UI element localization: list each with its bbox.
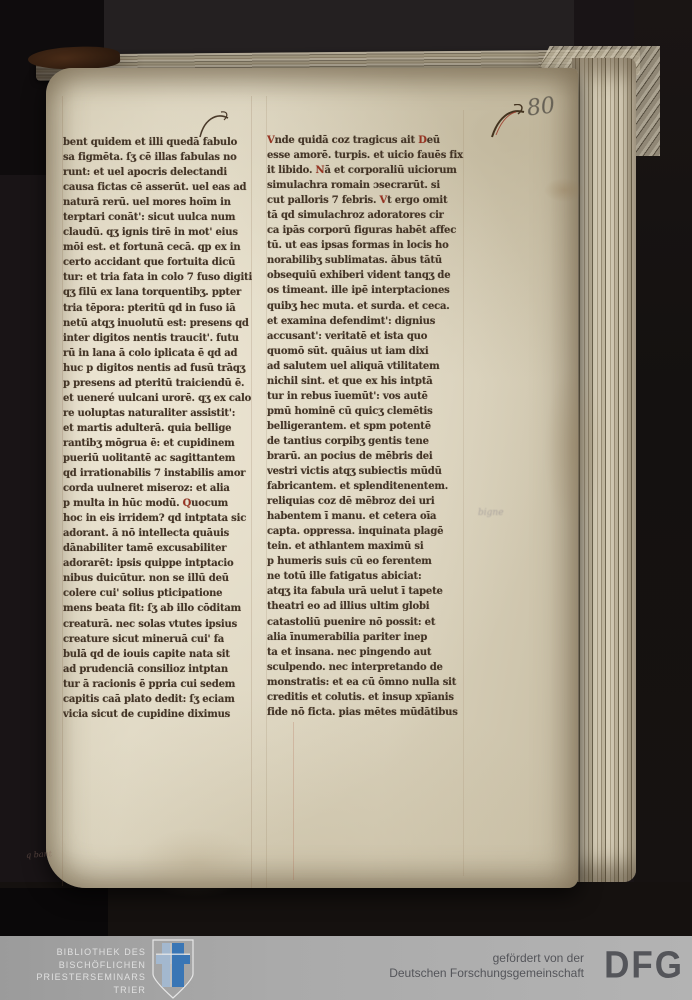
- pen-flourish-icon: [486, 104, 528, 138]
- manuscript-line: catastoliū puenire nō possit: et: [267, 615, 465, 630]
- manuscript-line: naturā rerū. uel mores hoīm in: [63, 195, 252, 210]
- manuscript-line: adorant. ā nō intellecta quāuis: [63, 526, 252, 541]
- manuscript-line: vicia sicut de cupidine diximus: [63, 707, 252, 722]
- funding-credit-line1: gefördert von der: [389, 951, 584, 966]
- manuscript-line: de tantius corpibʒ gentis tene: [267, 434, 465, 449]
- manuscript-line: vestri victis atqʒ subiectis mūdū: [267, 464, 465, 479]
- folio-number: 80: [526, 93, 557, 121]
- manuscript-line: fide nō ficta. pias mētes mūdātibus: [267, 705, 465, 720]
- manuscript-line: nibus duicūtur. non se illū deū: [63, 571, 252, 586]
- manuscript-line: colere cui' solius pticipatione: [63, 586, 252, 601]
- manuscript-line: brarū. an pocius de mēbris dei: [267, 449, 465, 464]
- footer-band: BIBLIOTHEK DES BISCHÖFLICHEN PRIESTERSEM…: [0, 936, 692, 1000]
- manuscript-line: accusant': veritatē et ista quo: [267, 329, 465, 344]
- manuscript-line: capta. oppressa. inquinata plagē: [267, 524, 465, 539]
- manuscript-line: pmū hominē cū quicʒ clemētis: [267, 404, 465, 419]
- library-name-line1: BIBLIOTHEK DES: [6, 946, 146, 959]
- manuscript-line: tria tēpora: pteritū qd in fuso iā: [63, 301, 252, 316]
- manuscript-line: dānabiliter tamē excusabiliter: [63, 541, 252, 556]
- manuscript-line: Vnde quidā coz tragicus ait Deū: [267, 133, 465, 148]
- corner-pencil-note: q bant: [26, 849, 52, 860]
- manuscript-line: tein. et athlantem maximū si: [267, 539, 465, 554]
- funding-credit-line2: Deutschen Forschungsgemeinschaft: [389, 966, 584, 981]
- manuscript-line: claudū. qʒ ignis tirē in mot' eius: [63, 225, 252, 240]
- manuscript-line: habentem ī manu. et cetera oīa: [267, 509, 465, 524]
- manuscript-line: causa fictas cē asserūt. uel eas ad: [63, 180, 252, 195]
- manuscript-line: et ueneré uulcani urorē. qʒ ex calo: [63, 391, 252, 406]
- dfg-logo: DFG: [604, 944, 684, 987]
- manuscript-line: p humeris suis cū eo ferentem: [267, 554, 465, 569]
- manuscript-line: tur ā racionis ē ppria cui sedem: [63, 677, 252, 692]
- text-column-right: Vnde quidā coz tragicus ait Deūesse amor…: [267, 133, 465, 720]
- manuscript-line: quibʒ hec muta. et surda. et ceca.: [267, 299, 465, 314]
- manuscript-line: creature sicut mineruā cui' fa: [63, 632, 252, 647]
- manuscript-line: ad prudenciā consilioz intptan: [63, 662, 252, 677]
- manuscript-line: inter digitos nentis traucit'. futu: [63, 331, 252, 346]
- manuscript-line: qd irrationabilis 7 instabilis amor: [63, 466, 252, 481]
- manuscript-line: corda uulneret miseroz: et alia: [63, 481, 252, 496]
- manuscript-line: belligerantem. et spm potentē: [267, 419, 465, 434]
- manuscript-line: tā qd simulachroz adoratores cir: [267, 208, 465, 223]
- ruling-line-red: [293, 722, 294, 880]
- parchment-stain: [544, 368, 604, 528]
- manuscript-line: creditis et colutis. et insup xpīanis: [267, 690, 465, 705]
- manuscript-line: cut palloris 7 febris. Vt ergo omit: [267, 193, 465, 208]
- library-name: BIBLIOTHEK DES BISCHÖFLICHEN PRIESTERSEM…: [6, 946, 146, 996]
- manuscript-line: simulachra romain ɔsecrarūt. si: [267, 178, 465, 193]
- manuscript-line: creaturā. nec solas vtutes ipsius: [63, 617, 252, 632]
- manuscript-line: pueriū uolitantē ac sagittantem: [63, 451, 252, 466]
- manuscript-line: tū. ut eas ipsas formas in locis ho: [267, 238, 465, 253]
- manuscript-line: p presens ad pteritū traiciendū ē.: [63, 376, 252, 391]
- manuscript-line: p multa in hūc modū. Quocum: [63, 496, 252, 511]
- library-name-line3: PRIESTERSEMINARS TRIER: [6, 971, 146, 996]
- funding-credit: gefördert von der Deutschen Forschungsge…: [389, 951, 584, 980]
- manuscript-line: terptari conāt': sicut uulca num: [63, 210, 252, 225]
- manuscript-line: adorarēt: ipsis quippe intptacio: [63, 556, 252, 571]
- manuscript-line: esse amorē. turpis. et uicio fauēs fix: [267, 148, 465, 163]
- manuscript-line: ad salutem uel aliquā vtilitatem: [267, 359, 465, 374]
- manuscript-line: sculpendo. nec interpretando de: [267, 660, 465, 675]
- manuscript-line: mens beata fit: ſʒ ab illo cōditam: [63, 601, 252, 616]
- manuscript-line: alia īnumerabilia pariter inep: [267, 630, 465, 645]
- marginal-pencil-note: bigne: [478, 508, 504, 518]
- manuscript-line: ca ipās corporū figuras habēt affec: [267, 223, 465, 238]
- manuscript-line: ne totū ille fatigatus abiciat:: [267, 569, 465, 584]
- manuscript-line: hoc in eis irridem? qd intptata sic: [63, 511, 252, 526]
- manuscript-line: rū in lana ā colo iplicata ē qd ad: [63, 346, 252, 361]
- manuscript-line: ta et insana. nec pingendo aut: [267, 645, 465, 660]
- manuscript-line: obsequiū exhiberi vident tanqʒ de: [267, 268, 465, 283]
- manuscript-line: huc p digitos nentis ad fusū trāqʒ: [63, 361, 252, 376]
- manuscript-line: certo accidant que fortuita dicū: [63, 255, 252, 270]
- manuscript-line: runt: et uel apocris delectandi: [63, 165, 252, 180]
- text-column-left: bent quidem et illi quedā fabulosa figmē…: [63, 135, 252, 722]
- manuscript-line: mōi est. et fortunā cecā. qp ex in: [63, 240, 252, 255]
- manuscript-line: qʒ filū ex lana torquentibʒ. ppter: [63, 285, 252, 300]
- parchment-stain: [136, 828, 256, 898]
- manuscript-line: reliquias coz dē mēbroz dei uri: [267, 494, 465, 509]
- manuscript-line: tur in rebus īuemūt': vos autē: [267, 389, 465, 404]
- manuscript-line: theatri eo ad illius ultim globi: [267, 599, 465, 614]
- manuscript-line: nichil sint. et que ex his intptā: [267, 374, 465, 389]
- library-name-line2: BISCHÖFLICHEN: [6, 959, 146, 972]
- digitized-manuscript-scan: bent quidem et illi quedā fabulosa figmē…: [0, 0, 692, 1000]
- manuscript-line: monstratis: et ea cū ōmno nulla sit: [267, 675, 465, 690]
- manuscript-line: rantibʒ mōgrua ē: et cupidinem: [63, 436, 252, 451]
- manuscript-line: quomō sūt. quāius ut iam dixi: [267, 344, 465, 359]
- manuscript-line: atqʒ ita fabula urā uelut ī tapete: [267, 584, 465, 599]
- manuscript-line: bulā qd de iouis capite nata sit: [63, 647, 252, 662]
- manuscript-line: sa figmēta. ſʒ cē illas fabulas no: [63, 150, 252, 165]
- manuscript-line: re uoluptas naturaliter assistit':: [63, 406, 252, 421]
- manuscript-line: tur: et tria fata in colo 7 fuso digitis: [63, 270, 252, 285]
- manuscript-line: et examina defendimt': dignius: [267, 314, 465, 329]
- pen-flourish-icon: [196, 110, 232, 138]
- manuscript-line: it libido. Nā et corporaliū uiciorum: [267, 163, 465, 178]
- library-shield-cross-logo-icon: [150, 938, 196, 1000]
- manuscript-line: norabilibʒ sublimatas. ābus tātū: [267, 253, 465, 268]
- manuscript-line: et martis adulterā. quia bellige: [63, 421, 252, 436]
- parchment-stain: [544, 178, 584, 202]
- manuscript-line: fabricantem. et splenditenentem.: [267, 479, 465, 494]
- manuscript-line: netū atqʒ inuolutū est: presens qd: [63, 316, 252, 331]
- manuscript-line: os timeant. ille ipē interptaciones: [267, 283, 465, 298]
- manuscript-line: capitis caā plato dedit: ſʒ eciam: [63, 692, 252, 707]
